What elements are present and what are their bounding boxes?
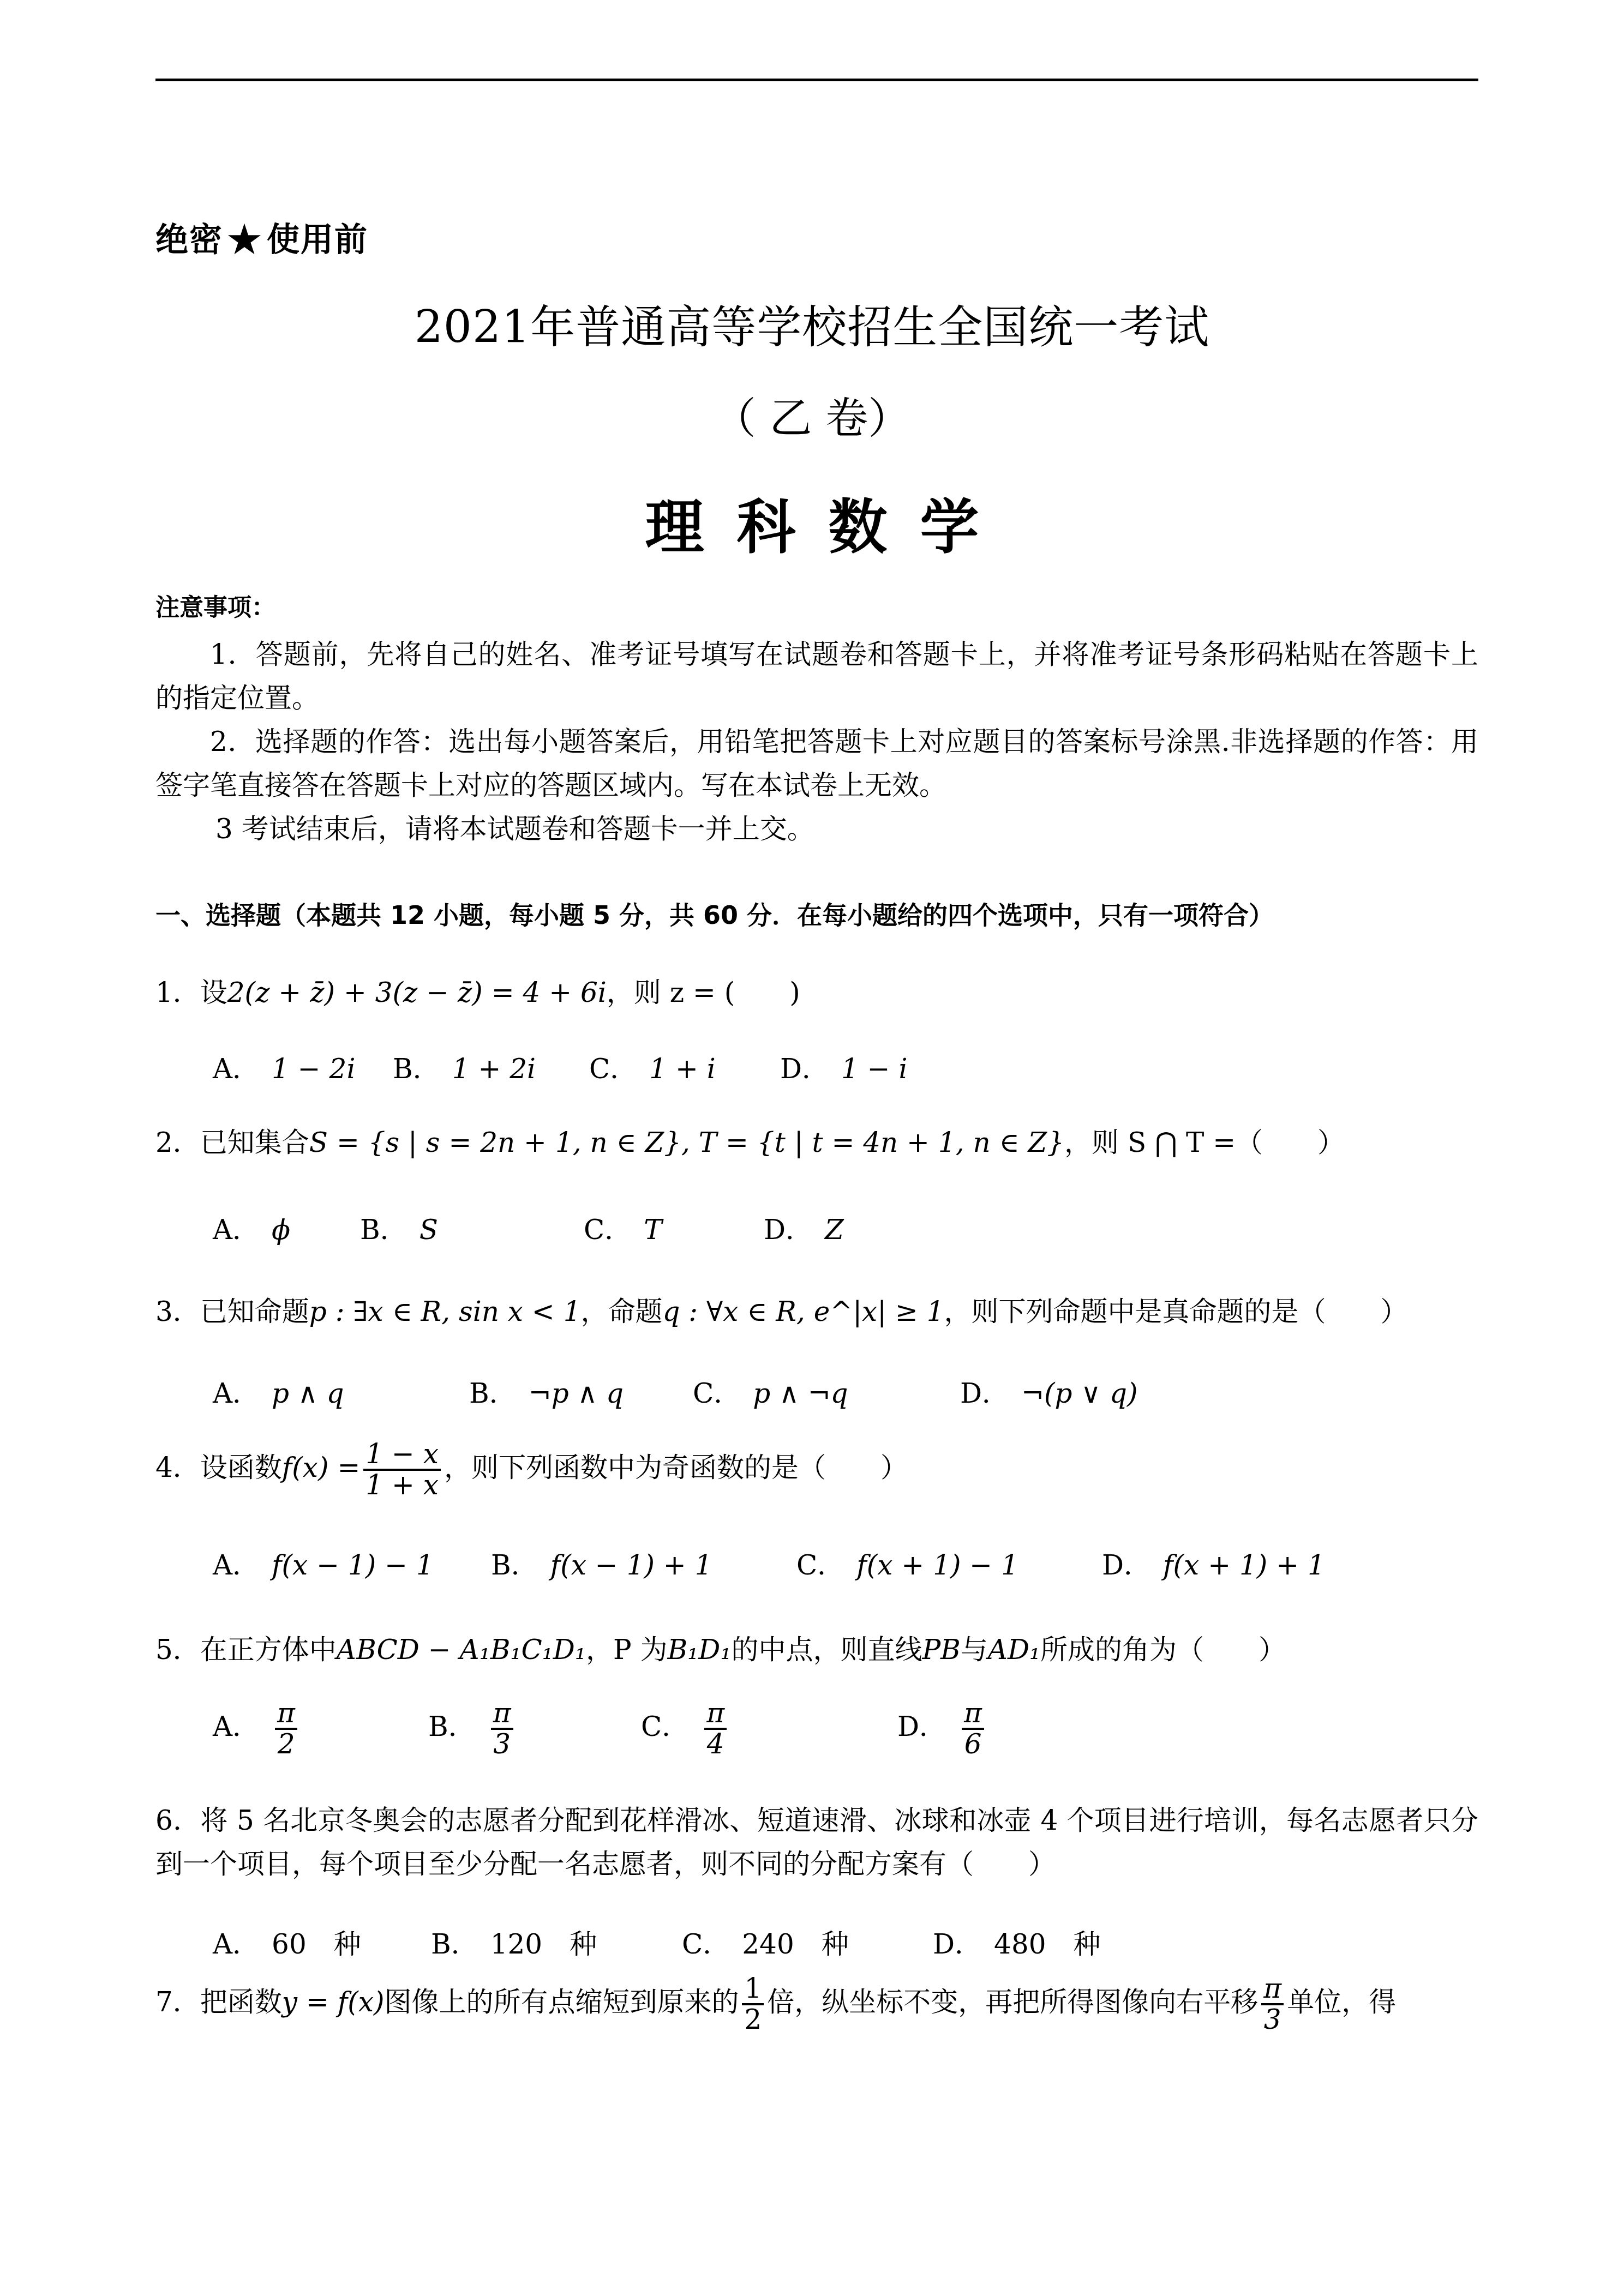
question-text: ，则下列命题中是真命题的是（ ） xyxy=(944,1296,1408,1327)
option-c[interactable]: C．T xyxy=(584,1208,764,1247)
option-a[interactable]: A．f(x − 1) − 1 xyxy=(213,1543,491,1583)
question-math: AD₁ xyxy=(988,1634,1040,1666)
option-b[interactable]: B．120 种 xyxy=(431,1922,682,1962)
question-text: 的中点，则直线 xyxy=(731,1634,922,1666)
question-4-options: A．f(x − 1) − 1 B．f(x − 1) + 1 C．f(x + 1)… xyxy=(213,1543,1325,1583)
option-d[interactable]: D．f(x + 1) + 1 xyxy=(1102,1543,1325,1583)
option-c[interactable]: C．240 种 xyxy=(682,1922,933,1962)
question-math: ABCD − A₁B₁C₁D₁ xyxy=(337,1634,586,1666)
option-a[interactable]: A．60 种 xyxy=(213,1922,431,1962)
question-math: B₁D₁ xyxy=(668,1634,732,1666)
option-a[interactable]: A．p ∧ q xyxy=(213,1372,469,1411)
question-text: 将 5 名北京冬奥会的志愿者分配到花样滑冰、短道速滑、冰球和冰壶 4 个项目进行… xyxy=(155,1805,1478,1880)
question-number: 5． xyxy=(155,1634,200,1666)
question-math: q : ∀x ∈ R, e^|x| ≥ 1 xyxy=(662,1296,944,1327)
question-text: ，P 为 xyxy=(586,1634,668,1666)
question-text: ，则 S ⋂ T =（ ） xyxy=(1064,1127,1345,1158)
question-text: 所成的角为（ ） xyxy=(1040,1634,1286,1666)
question-text: ，则下列函数中为奇函数的是（ ） xyxy=(444,1452,908,1483)
exam-title: 2021年普通高等学校招生全国统一考试 xyxy=(0,292,1624,356)
fraction: 12 xyxy=(742,1974,764,2034)
option-c[interactable]: C．1 + i xyxy=(589,1047,780,1086)
option-c[interactable]: C．p ∧ ¬q xyxy=(693,1372,960,1411)
question-6-options: A．60 种 B．120 种 C．240 种 D．480 种 xyxy=(213,1922,1101,1962)
option-a[interactable]: A．π2 xyxy=(213,1699,428,1758)
exam-subtitle: （ 乙 卷） xyxy=(0,384,1624,446)
question-number: 1． xyxy=(155,977,200,1008)
question-text: 倍，纵坐标不变，再把所得图像向右平移 xyxy=(767,1986,1258,2018)
option-d[interactable]: D．480 种 xyxy=(933,1922,1101,1962)
notice-item: 2．选择题的作答：选出每小题答案后，用铅笔把答题卡上对应题目的答案标号涂黑.非选… xyxy=(155,720,1478,807)
option-a[interactable]: A．1 − 2i xyxy=(213,1047,393,1086)
star-icon: ★ xyxy=(225,215,265,265)
question-text: 图像上的所有点缩短到原来的 xyxy=(384,1986,739,2018)
question-text: 设 xyxy=(200,977,227,1008)
option-d[interactable]: D．Z xyxy=(764,1208,844,1247)
question-6: 6．将 5 名北京冬奥会的志愿者分配到花样滑冰、短道速滑、冰球和冰壶 4 个项目… xyxy=(155,1799,1478,1886)
confidential-text: 绝密 xyxy=(155,221,223,259)
question-text: 在正方体中 xyxy=(200,1634,337,1666)
question-text: 与 xyxy=(961,1634,988,1666)
question-1-options: A．1 − 2i B．1 + 2i C．1 + i D．1 − i xyxy=(213,1047,908,1086)
question-math: 2(z + z̄) + 3(z − z̄) = 4 + 6i xyxy=(227,977,607,1008)
question-3-options: A．p ∧ q B．¬p ∧ q C．p ∧ ¬q D．¬(p ∨ q) xyxy=(213,1372,1137,1411)
option-c[interactable]: C．f(x + 1) − 1 xyxy=(796,1543,1102,1583)
section-heading: 一、选择题（本题共 12 小题，每小题 5 分，共 60 分．在每小题给的四个选… xyxy=(155,895,1274,931)
option-a[interactable]: A．ϕ xyxy=(213,1208,360,1247)
question-5: 5．在正方体中ABCD − A₁B₁C₁D₁，P 为B₁D₁的中点，则直线PB与… xyxy=(155,1628,1286,1667)
option-c[interactable]: C．π4 xyxy=(641,1699,897,1758)
question-number: 4． xyxy=(155,1452,200,1483)
notice-list: 1．答题前，先将自己的姓名、准考证号填写在试题卷和答题卡上，并将准考证号条形码粘… xyxy=(155,633,1478,851)
question-text: 已知集合 xyxy=(200,1127,309,1158)
notice-item: 1．答题前，先将自己的姓名、准考证号填写在试题卷和答题卡上，并将准考证号条形码粘… xyxy=(155,633,1478,720)
question-text: 已知命题 xyxy=(200,1296,309,1327)
question-number: 6． xyxy=(155,1805,200,1836)
before-use-text: 使用前 xyxy=(267,221,368,259)
option-b[interactable]: B．π3 xyxy=(428,1699,641,1758)
question-text: ，则 z = ( ) xyxy=(607,977,800,1008)
question-4: 4．设函数f(x) =1 − x1 + x，则下列函数中为奇函数的是（ ） xyxy=(155,1440,908,1499)
question-text: 单位，得 xyxy=(1287,1986,1396,2018)
notice-heading: 注意事项： xyxy=(155,588,275,623)
option-b[interactable]: B．f(x − 1) + 1 xyxy=(491,1543,796,1583)
question-math: PB xyxy=(922,1634,960,1666)
question-2-options: A．ϕ B．S C．T D．Z xyxy=(213,1208,844,1247)
subject-title: 理科数学 xyxy=(0,480,1624,564)
question-math: S = {s | s = 2n + 1, n ∈ Z}, T = {t | t … xyxy=(309,1127,1064,1158)
question-text: 设函数 xyxy=(200,1452,282,1483)
option-b[interactable]: B．S xyxy=(360,1208,584,1247)
confidential-label: 绝密★使用前 xyxy=(155,214,368,265)
option-b[interactable]: B．1 + 2i xyxy=(393,1047,589,1086)
question-number: 2． xyxy=(155,1127,200,1158)
option-d[interactable]: D．¬(p ∨ q) xyxy=(960,1372,1137,1411)
question-math: y = f(x) xyxy=(282,1986,385,2018)
fraction: 1 − x1 + x xyxy=(363,1440,441,1499)
question-number: 7． xyxy=(155,1986,200,2018)
question-math: p : ∃x ∈ R, sin x < 1 xyxy=(309,1296,581,1327)
question-2: 2．已知集合S = {s | s = 2n + 1, n ∈ Z}, T = {… xyxy=(155,1121,1345,1160)
question-number: 3． xyxy=(155,1296,200,1327)
option-b[interactable]: B．¬p ∧ q xyxy=(469,1372,693,1411)
fraction: π3 xyxy=(1261,1974,1284,2034)
header-rule xyxy=(155,79,1478,81)
question-7: 7．把函数y = f(x)图像上的所有点缩短到原来的12倍，纵坐标不变，再把所得… xyxy=(155,1974,1396,2034)
question-1: 1．设2(z + z̄) + 3(z − z̄) = 4 + 6i，则 z = … xyxy=(155,971,800,1010)
option-d[interactable]: D．1 − i xyxy=(780,1047,908,1086)
question-text: 把函数 xyxy=(200,1986,282,2018)
empty-set-icon: ϕ xyxy=(272,1214,290,1246)
question-3: 3．已知命题p : ∃x ∈ R, sin x < 1，命题q : ∀x ∈ R… xyxy=(155,1290,1408,1329)
question-text: ，命题 xyxy=(580,1296,662,1327)
question-math: f(x) = xyxy=(282,1452,361,1483)
notice-item: 3 考试结束后，请将本试题卷和答题卡一并上交。 xyxy=(155,807,1478,851)
option-d[interactable]: D．π6 xyxy=(897,1699,987,1758)
question-5-options: A．π2 B．π3 C．π4 D．π6 xyxy=(213,1699,987,1758)
